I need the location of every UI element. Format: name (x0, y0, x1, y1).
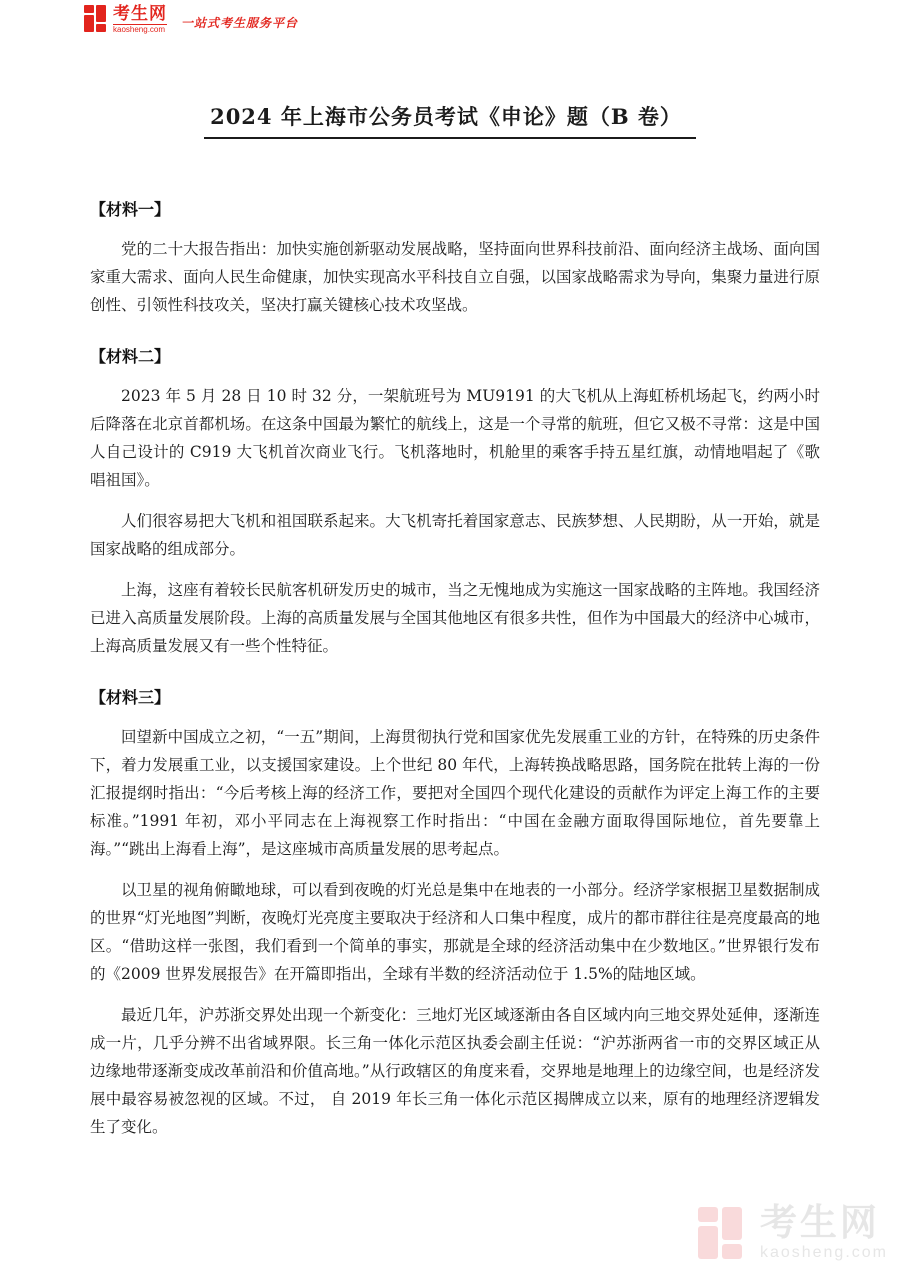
paragraph: 党的二十大报告指出：加快实施创新驱动发展战略，坚持面向世界科技前沿、面向经济主战… (90, 235, 820, 319)
watermark-text: 考生网 (760, 1204, 888, 1241)
watermark-domain: kaosheng.com (760, 1245, 888, 1261)
logo-tagline: 一站式考生服务平台 (181, 14, 298, 31)
section-heading: 【材料一】 (90, 198, 820, 222)
paragraph: 2023 年 5 月 28 日 10 时 32 分，一架航班号为 MU9191 … (90, 382, 820, 494)
document-body: 【材料一】 党的二十大报告指出：加快实施创新驱动发展战略，坚持面向世界科技前沿、… (90, 198, 820, 1154)
document-title: 2024 年上海市公务员考试《申论》题（B 卷） (0, 94, 900, 139)
watermark-wordmark: 考生网 kaosheng.com (760, 1204, 888, 1261)
paragraph: 最近几年，沪苏浙交界处出现一个新变化：三地灯光区域逐渐由各自区域内向三地交界处延… (90, 1001, 820, 1141)
kaosheng-logo-icon (84, 5, 109, 32)
paragraph: 上海，这座有着较长民航客机研发历史的城市，当之无愧地成为实施这一国家战略的主阵地… (90, 576, 820, 660)
kaosheng-header-logo: 考生网 kaosheng.com 一站式考生服务平台 (84, 5, 298, 34)
document-title-text: 2024 年上海市公务员考试《申论》题（B 卷） (204, 101, 696, 139)
logo-text: 考生网 (113, 5, 167, 22)
kaosheng-watermark-icon (698, 1207, 746, 1259)
section-material-1: 【材料一】 党的二十大报告指出：加快实施创新驱动发展战略，坚持面向世界科技前沿、… (90, 198, 820, 319)
section-material-3: 【材料三】 回望新中国成立之初，“一五”期间，上海贯彻执行党和国家优先发展重工业… (90, 686, 820, 1141)
section-material-2: 【材料二】 2023 年 5 月 28 日 10 时 32 分，一架航班号为 M… (90, 345, 820, 660)
document-page: 考生网 kaosheng.com 一站式考生服务平台 2024 年上海市公务员考… (0, 0, 900, 1273)
paragraph: 以卫星的视角俯瞰地球，可以看到夜晚的灯光总是集中在地表的一小部分。经济学家根据卫… (90, 876, 820, 988)
section-heading: 【材料三】 (90, 686, 820, 710)
logo-wordmark: 考生网 kaosheng.com (113, 5, 167, 34)
paragraph: 回望新中国成立之初，“一五”期间，上海贯彻执行党和国家优先发展重工业的方针，在特… (90, 723, 820, 863)
paragraph: 人们很容易把大飞机和祖国联系起来。大飞机寄托着国家意志、民族梦想、人民期盼，从一… (90, 507, 820, 563)
kaosheng-watermark: 考生网 kaosheng.com (698, 1204, 888, 1261)
section-heading: 【材料二】 (90, 345, 820, 369)
logo-domain: kaosheng.com (113, 24, 167, 34)
